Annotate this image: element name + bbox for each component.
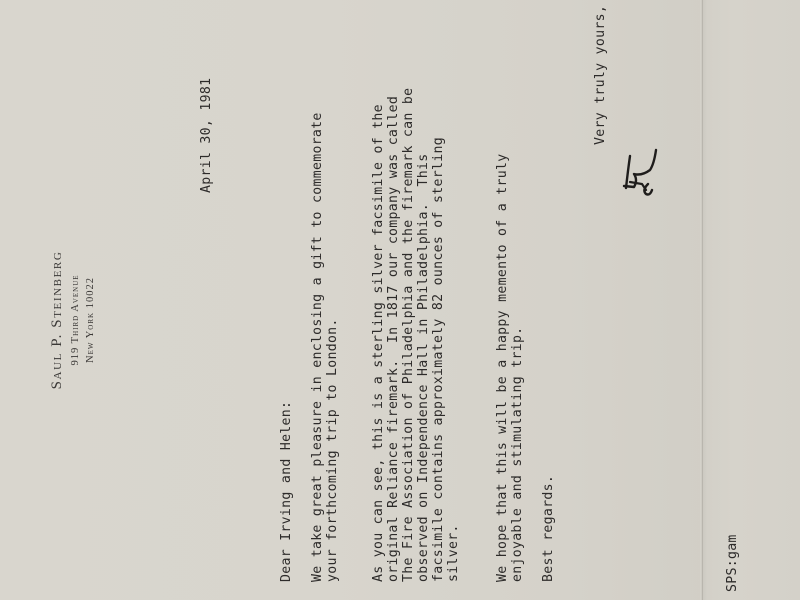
paragraph-1-line-1: We take great pleasure in enclosing a gi… bbox=[310, 112, 325, 582]
salutation: Dear Irving and Helen: bbox=[279, 401, 294, 582]
paragraph-2-line-6: silver. bbox=[446, 524, 461, 582]
letterhead-street: 919 Third Avenue bbox=[68, 220, 83, 420]
letterhead: Saul P. Steinberg 919 Third Avenue New Y… bbox=[46, 220, 98, 420]
paragraph-3-line-1: We hope that this will be a happy mement… bbox=[495, 154, 510, 582]
letter-date: April 30, 1981 bbox=[199, 78, 214, 193]
letterhead-name: Saul P. Steinberg bbox=[46, 220, 68, 420]
letterhead-city: New York 10022 bbox=[83, 220, 98, 420]
signature-icon bbox=[620, 140, 700, 200]
paragraph-2-line-3: The Fire Association of Philadelphia and… bbox=[401, 88, 416, 582]
underlying-page bbox=[702, 0, 800, 600]
paragraph-2-line-1: As you can see, this is a sterling silve… bbox=[371, 104, 386, 582]
regards: Best regards. bbox=[541, 475, 556, 582]
paragraph-2-line-5: facsimile contains approximately 82 ounc… bbox=[431, 137, 446, 582]
paragraph-3-line-2: enjoyable and stimulating trip. bbox=[510, 327, 525, 582]
paragraph-2-line-4: observed on Independence Hall in Philade… bbox=[416, 154, 431, 582]
paragraph-1-line-2: your forthcoming trip to London. bbox=[325, 318, 340, 582]
typist-initials: SPS:gam bbox=[725, 534, 740, 592]
closing: Very truly yours, bbox=[593, 5, 608, 145]
paragraph-2-line-2: original Reliance firemark. In 1817 our … bbox=[386, 96, 401, 582]
